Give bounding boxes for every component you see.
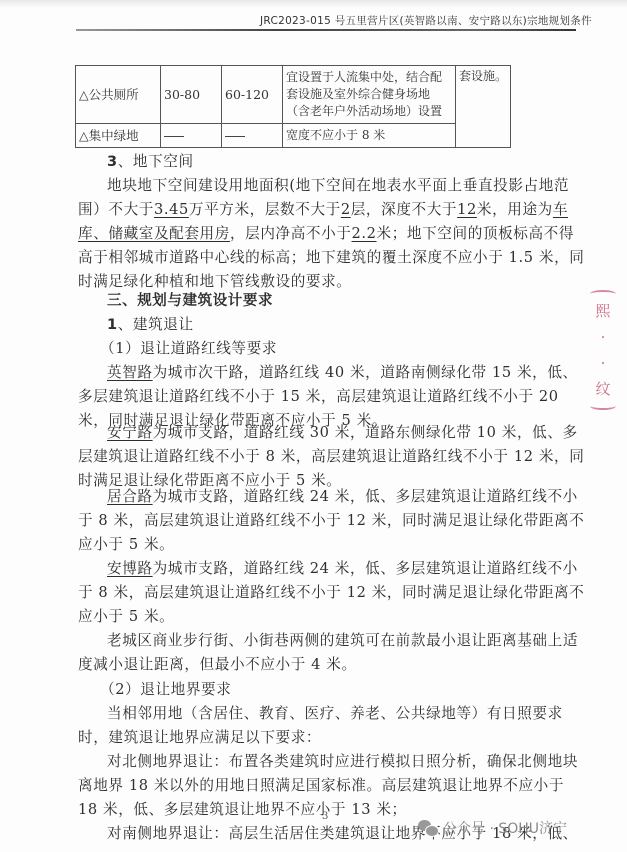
facility-table: △公共厕所 30-80 60-120 宜设置于人流集中处，结合配套设施及室外综合… [75,65,511,148]
stamp-arc [590,290,616,298]
table-row: △公共厕所 30-80 60-120 宜设置于人流集中处，结合配套设施及室外综合… [76,66,511,124]
facility-min [161,124,222,148]
area-value: 3.45 [154,201,189,218]
road-name: 安博路 [107,560,153,577]
source-watermark: 公众号 · SOHU济宁 [418,818,567,838]
scan-edge-shadow [0,0,627,8]
boundary-intro-paragraph: 当相邻用地（含居住、教育、医疗、养老、公共绿地等）有日照要求时，建筑退让地界应满… [78,702,586,750]
north-boundary-paragraph: 对北侧地界退让：布置各类建筑时应进行模拟日照分析，确保北侧地块离地界 18 米以… [78,750,586,822]
underground-paragraph: 地块地下空间建设用地面积(地下空间在地表水平面上垂直投影占地范围）不大于3.45… [78,174,586,294]
facility-extra: 套设施。 [456,66,511,148]
road-paragraph-juhe: 居合路为城市支路，道路红线 24 米，低、多层建筑退让道路红线不小于 8 米，高… [78,485,586,557]
table-row: △集中绿地 宽度不应小于 8 米 [76,124,511,148]
facility-name: △公共厕所 [76,66,161,124]
stamp-arc [590,402,616,410]
road-paragraph-anning: 安宁路为城市支路，道路红线 30 米，道路东侧绿化带 10 米，低、多层建筑退让… [78,421,586,493]
section-heading-underground: 3、地下空间 [78,150,586,174]
watermark-text: 公众号 · SOHU济宁 [443,818,567,838]
dash-mark [225,136,245,137]
facility-note: 宽度不应小于 8 米 [283,124,456,148]
road-paragraph-anbo: 安博路为城市支路，道路红线 24 米，低、多层建筑退让道路红线不小于 8 米，高… [78,557,586,629]
facility-max: 60-120 [222,66,283,124]
page-number: 3 [322,811,328,822]
header-divider [76,29,576,31]
facility-name: △集中绿地 [76,124,161,148]
floors-value: 2 [341,201,351,218]
part-heading-planning: 三、规划与建筑设计要求 [78,289,586,313]
dash-mark [164,136,184,137]
depth-value: 12 [457,201,477,218]
wechat-icon [418,820,438,836]
facility-note: 宜设置于人流集中处，结合配套设施及室外综合健身场地（含老年户外活动场地）设置 [283,66,456,124]
road-name: 安宁路 [107,424,153,441]
road-name: 英智路 [107,364,153,381]
height-value: 2.2 [352,225,377,242]
road-name: 居合路 [107,488,153,505]
facility-min: 30-80 [161,66,222,124]
sub-heading-setback: 1、建筑退让 [78,313,586,337]
facility-max [222,124,283,148]
old-town-paragraph: 老城区商业步行街、小街巷两侧的建筑可在前款最小退让距离基础上适度减小退让距离，但… [78,629,586,677]
document-header-title: JRC2023-015 号五里营片区(英智路以南、安宁路以东)宗地规划条件 [260,13,592,28]
item-road-setback: （1）退让道路红线等要求 [78,337,586,361]
seal-stamp: 熙 · · 纹 [590,290,616,408]
item-boundary-setback: （2）退让地界要求 [78,678,586,702]
